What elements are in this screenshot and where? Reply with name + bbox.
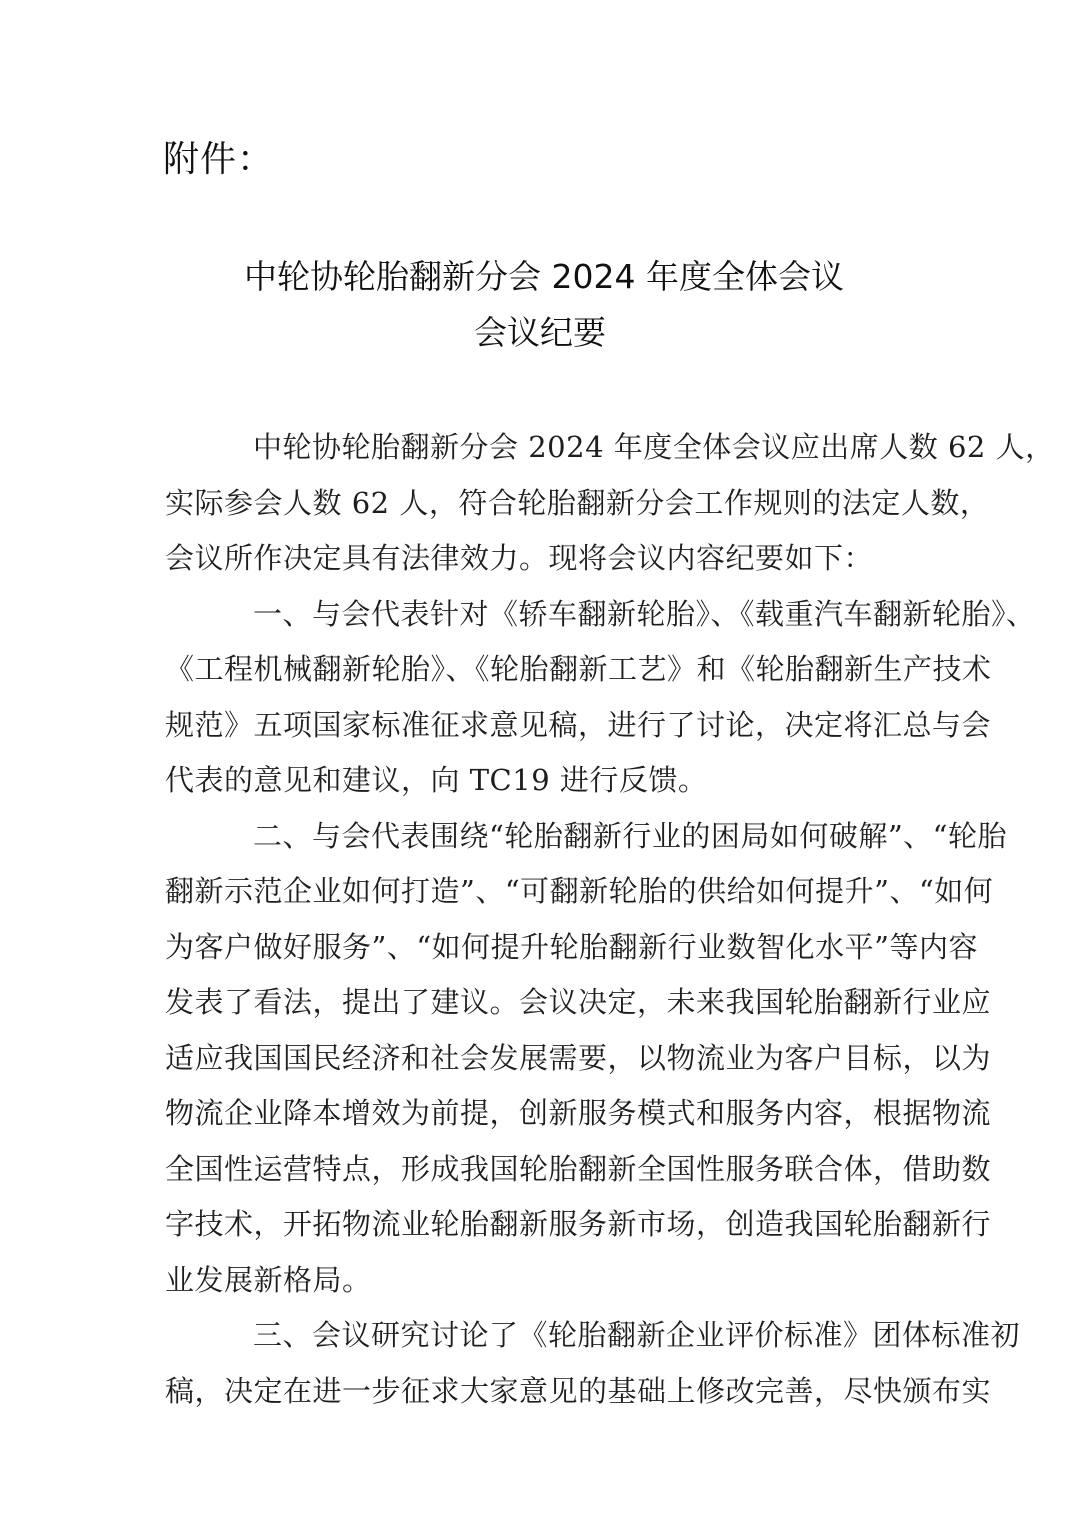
paragraph-line: 稿，决定在进一步征求大家意见的基础上修改完善，尽快颁布实 — [165, 1364, 917, 1420]
paragraph-line: 业发展新格局。 — [165, 1253, 917, 1309]
paragraph-line: 字技术，开拓物流业轮胎翻新服务新市场，创造我国轮胎翻新行 — [165, 1197, 917, 1253]
paragraph-line: 代表的意见和建议，向 TC19 进行反馈。 — [165, 753, 917, 809]
paragraph-item-2: 二、与会代表围绕“轮胎翻新行业的困局如何破解”、“轮胎 翻新示范企业如何打造”、… — [165, 809, 917, 1309]
paragraph-line: 中轮协轮胎翻新分会 2024 年度全体会议应出席人数 62 人， — [165, 420, 917, 476]
document-title-line-2: 会议纪要 — [0, 311, 1080, 355]
paragraph-line: 物流企业降本增效为前提，创新服务模式和服务内容，根据物流 — [165, 1086, 917, 1142]
paragraph-line: 适应我国国民经济和社会发展需要，以物流业为客户目标，以为 — [165, 1031, 917, 1087]
paragraph-item-3: 三、会议研究讨论了《轮胎翻新企业评价标准》团体标准初 稿，决定在进一步征求大家意… — [165, 1308, 917, 1419]
document-body: 中轮协轮胎翻新分会 2024 年度全体会议应出席人数 62 人， 实际参会人数 … — [165, 420, 917, 1419]
paragraph-line: 三、会议研究讨论了《轮胎翻新企业评价标准》团体标准初 — [165, 1308, 917, 1364]
paragraph-item-1: 一、与会代表针对《轿车翻新轮胎》、《载重汽车翻新轮胎》、 《工程机械翻新轮胎》、… — [165, 587, 917, 809]
paragraph-line: 二、与会代表围绕“轮胎翻新行业的困局如何破解”、“轮胎 — [165, 809, 917, 865]
paragraph-line: 全国性运营特点，形成我国轮胎翻新全国性服务联合体，借助数 — [165, 1142, 917, 1198]
paragraph-line: 为客户做好服务”、“如何提升轮胎翻新行业数智化水平”等内容 — [165, 920, 917, 976]
attachment-label: 附件： — [163, 136, 274, 184]
paragraph-line: 实际参会人数 62 人，符合轮胎翻新分会工作规则的法定人数， — [165, 476, 917, 532]
paragraph-line: 会议所作决定具有法律效力。现将会议内容纪要如下： — [165, 531, 917, 587]
paragraph-line: 发表了看法，提出了建议。会议决定，未来我国轮胎翻新行业应 — [165, 975, 917, 1031]
paragraph-line: 《工程机械翻新轮胎》、《轮胎翻新工艺》和《轮胎翻新生产技术 — [165, 642, 917, 698]
paragraph-line: 翻新示范企业如何打造”、“可翻新轮胎的供给如何提升”、“如何 — [165, 864, 917, 920]
document-title-line-1: 中轮协轮胎翻新分会 2024 年度全体会议 — [4, 255, 1080, 299]
document-page: 附件： 中轮协轮胎翻新分会 2024 年度全体会议 会议纪要 中轮协轮胎翻新分会… — [0, 0, 1080, 1527]
paragraph-line: 规范》五项国家标准征求意见稿，进行了讨论，决定将汇总与会 — [165, 698, 917, 754]
paragraph-line: 一、与会代表针对《轿车翻新轮胎》、《载重汽车翻新轮胎》、 — [165, 587, 917, 643]
paragraph-intro: 中轮协轮胎翻新分会 2024 年度全体会议应出席人数 62 人， 实际参会人数 … — [165, 420, 917, 587]
